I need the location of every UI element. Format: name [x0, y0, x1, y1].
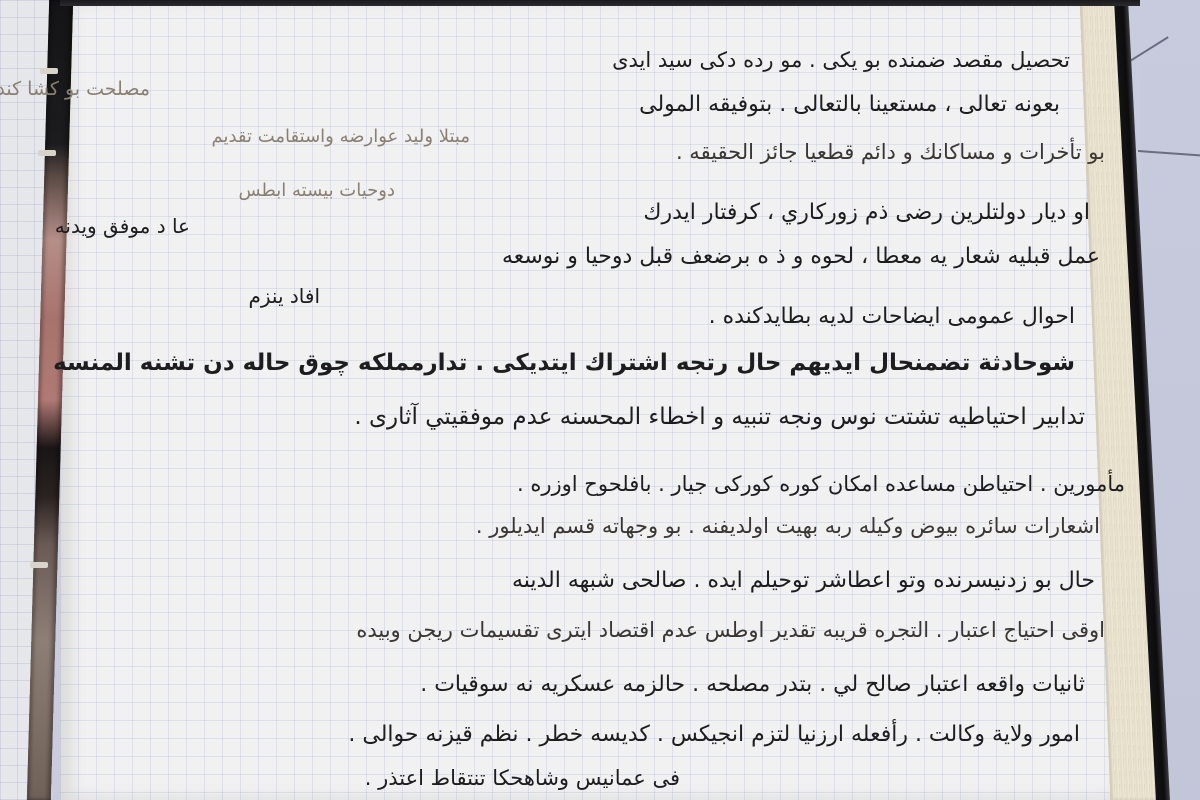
manuscript-line-4: دوحيات بيسته ابطس	[239, 180, 395, 201]
manuscript-line-16: امور ولاية وكالت . رأفعله ارزنيا لتزم ان…	[348, 722, 1080, 747]
binding-stitch	[30, 562, 48, 568]
manuscript-line-15: ثانيات واقعه اعتبار صالح لي . بتدر مصلحه…	[420, 672, 1085, 697]
manuscript-line-12: اشعارات سائره بيوض وكيله ربه بهيت اولديف…	[476, 514, 1100, 538]
manuscript-line-2-annotation: مصلحت بو كشا كند نحملی الحمد	[0, 78, 150, 100]
manuscript-line-1: تحصيل مقصد ضمنده بو يكى . مو رده دكى سيد…	[612, 48, 1070, 72]
manuscript-line-5: او ديار دولتلرين رضى ذم زوركاري ، كرفتار…	[643, 200, 1090, 225]
manuscript-line-13: حال بو زدنيسرنده وتو اعطاشر توحيلم ايده …	[512, 568, 1095, 593]
manuscript-line-2: بعونه تعالى ، مستعينا بالتعالى . بتوفيقه…	[639, 92, 1060, 117]
manuscript-line-14: اوقى احتياج اعتبار . التجره قريبه تقدير …	[356, 618, 1105, 642]
binding-stitch	[40, 68, 58, 74]
manuscript-line-6-annotation: عا د موفق ويدنه	[55, 214, 190, 238]
manuscript-line-7: افاد ينزم	[249, 284, 321, 308]
manuscript-line-8: احوال عمومى ايضاحات لديه بطايدكنده .	[709, 304, 1075, 329]
manuscript-line-17: فى عمانيس وشاهحكا تنتقاط اعتذر .	[365, 766, 680, 790]
top-cover-edge	[60, 0, 1140, 6]
manuscript-line-9: شوحادثة تضمنحال ايديهم حال رتجه اشتراك ا…	[53, 350, 1075, 376]
manuscript-line-6: عمل قبليه شعار يه معطا ، لحوه و ذ ه برضع…	[502, 244, 1100, 269]
manuscript-line-10: تدابير احتياطيه تشتت نوس ونجه تنبيه و اخ…	[354, 404, 1085, 430]
manuscript-line-3-annotation: مبتلا وليد عوارضه واستقامت تقديم	[211, 126, 470, 147]
manuscript-line-11: مأمورين . احتياطن مساعده امكان كوره كورك…	[517, 472, 1125, 496]
binding-stitch	[38, 150, 56, 156]
manuscript-line-3: بو تأخرات و مساكانك و دائم قطعيا جائز ال…	[676, 140, 1105, 164]
